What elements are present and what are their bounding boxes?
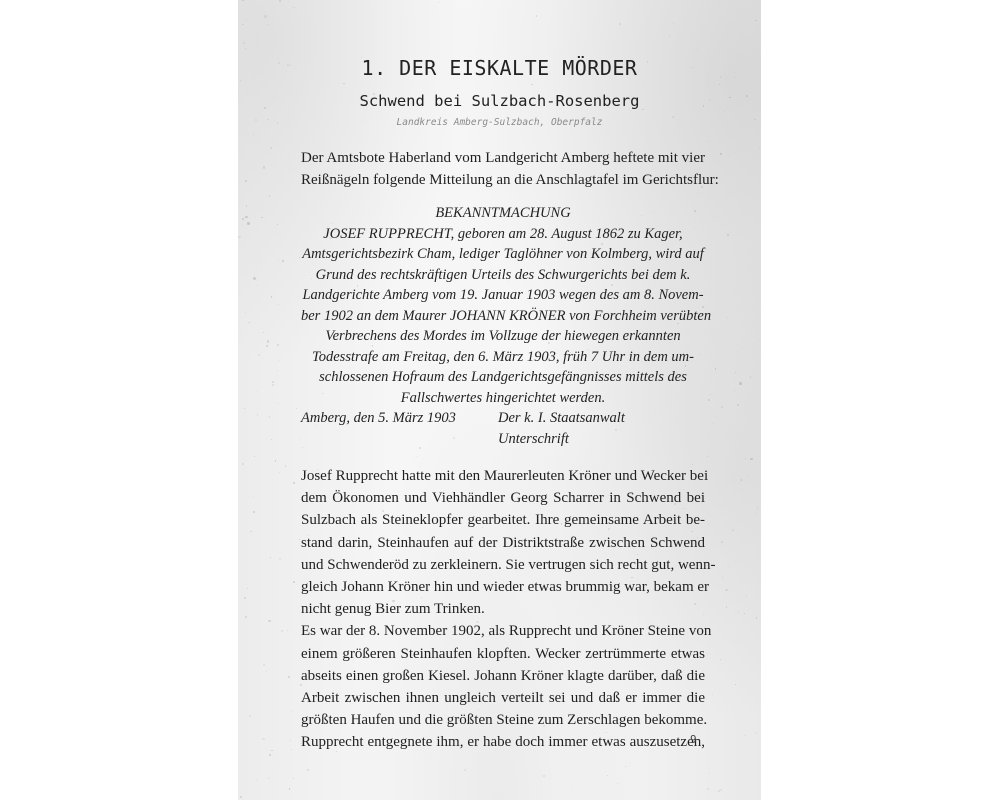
body-line: einem größeren Steinhaufen klopften. Wec… xyxy=(301,643,705,665)
signature-title: Der k. I. Staatsanwalt xyxy=(498,408,625,429)
body-line: und Schwenderöd zu zerkleinern. Sie vert… xyxy=(301,554,705,576)
body-line: gleich Johann Kröner hin und wieder etwa… xyxy=(301,576,705,598)
notice-line: ber 1902 an dem Maurer JOHANN KRÖNER von… xyxy=(301,306,705,327)
intro-paragraph: Der Amtsbote Haberland vom Landgericht A… xyxy=(301,147,705,191)
intro-line: Reißnägeln folgende Mitteilung an die An… xyxy=(301,169,705,191)
body-line: dem Ökonomen und Viehhändler Georg Schar… xyxy=(301,487,705,509)
body-paragraph: Josef Rupprecht hatte mit den Maurerleut… xyxy=(301,465,705,754)
body-line: Arbeit zwischen ihnen ungleich verteilt … xyxy=(301,687,705,709)
signature-block: Der k. I. Staatsanwalt Unterschrift xyxy=(498,408,625,449)
chapter-title: 1. DER EISKALTE MÖRDER xyxy=(238,56,761,80)
signature-place-date: Amberg, den 5. März 1903 xyxy=(301,408,456,429)
body-line: Rupprecht entgegnete ihm, er habe doch i… xyxy=(301,731,705,753)
notice-line: JOSEF RUPPRECHT, geboren am 28. August 1… xyxy=(301,224,705,245)
body-line: Josef Rupprecht hatte mit den Maurerleut… xyxy=(301,465,705,487)
signature-name: Unterschrift xyxy=(498,429,625,450)
notice-line: schlossenen Hofraum des Landgerichtsgefä… xyxy=(301,367,705,388)
place-heading: Schwend bei Sulzbach-Rosenberg xyxy=(238,92,761,110)
notice-heading: BEKANNTMACHUNG xyxy=(301,203,705,224)
notice-line: Todesstrafe am Freitag, den 6. März 1903… xyxy=(301,347,705,368)
notice-line: Grund des rechtskräftigen Urteils des Sc… xyxy=(301,265,705,286)
body-line: abseits einen großen Kiesel. Johann Krön… xyxy=(301,665,705,687)
notice-line: Fallschwertes hingerichtet werden. xyxy=(301,388,705,409)
notice-line: Landgerichte Amberg vom 19. Januar 1903 … xyxy=(301,285,705,306)
body-line: stand darin, Steinhaufen auf der Distrik… xyxy=(301,532,705,554)
body-line: nicht genug Bier zum Trinken. xyxy=(301,598,705,620)
intro-line: Der Amtsbote Haberland vom Landgericht A… xyxy=(301,147,705,169)
page-number: 9 xyxy=(690,733,697,746)
book-page: 1. DER EISKALTE MÖRDER Schwend bei Sulzb… xyxy=(238,0,761,800)
notice-line: Verbrechens des Mordes im Vollzuge der h… xyxy=(301,326,705,347)
body-line: Es war der 8. November 1902, als Rupprec… xyxy=(301,620,705,642)
body-line: Sulzbach als Steineklopfer gearbeitet. I… xyxy=(301,509,705,531)
district-subheading: Landkreis Amberg-Sulzbach, Oberpfalz xyxy=(238,117,761,128)
body-line: größten Haufen und die größten Steine zu… xyxy=(301,709,705,731)
official-notice: BEKANNTMACHUNG JOSEF RUPPRECHT, geboren … xyxy=(301,203,705,408)
notice-line: Amtsgerichtsbezirk Cham, lediger Taglöhn… xyxy=(301,244,705,265)
